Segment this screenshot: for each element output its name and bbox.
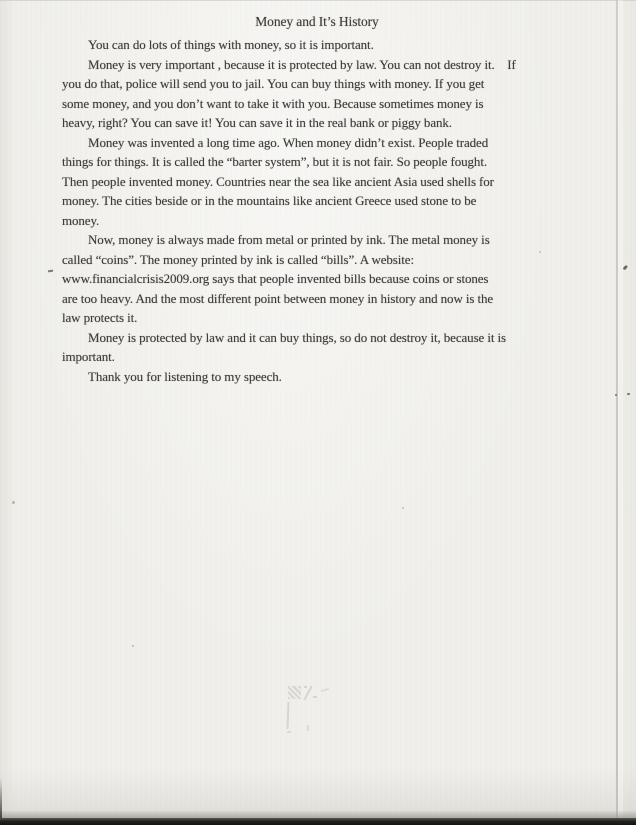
document-body: You can do lots of things with money, so… xyxy=(62,35,542,386)
text-line: Then people invented money. Countries ne… xyxy=(62,172,542,192)
text-line: some money, and you don’t want to take i… xyxy=(62,94,542,114)
ink-speck xyxy=(48,270,53,272)
text-line: Money is protected by law and it can buy… xyxy=(62,328,542,348)
ink-speck xyxy=(623,265,628,270)
ink-speck xyxy=(615,394,617,396)
text-line: heavy, right? You can save it! You can s… xyxy=(62,113,542,133)
text-line: Thank you for listening to my speech. xyxy=(62,367,542,387)
ink-speck xyxy=(627,393,630,395)
text-line: You can do lots of things with money, so… xyxy=(62,35,542,55)
scanned-page: Money and It’s History You can do lots o… xyxy=(0,0,636,825)
text-line: things for things. It is called the “bar… xyxy=(62,152,542,172)
pencil-smudge-mark xyxy=(321,688,329,692)
text-line: Money was invented a long time ago. When… xyxy=(62,133,542,153)
text-line: you do that, police will send you to jai… xyxy=(62,74,542,94)
ink-speck xyxy=(12,501,15,504)
pencil-smudge-mark xyxy=(288,686,301,699)
pencil-smudge-mark xyxy=(287,702,290,729)
pencil-smudge xyxy=(283,683,333,735)
scan-bottom-edge xyxy=(0,818,636,825)
pencil-smudge-mark xyxy=(307,725,309,731)
scan-left-edge xyxy=(0,778,2,820)
text-line: called “coins”. The money printed by ink… xyxy=(62,250,542,270)
text-line: law protects it. xyxy=(62,308,542,328)
text-line: are too heavy. And the most different po… xyxy=(62,289,542,309)
pencil-smudge-mark xyxy=(313,696,317,698)
ink-speck xyxy=(132,645,134,647)
text-line: Now, money is always made from metal or … xyxy=(62,230,542,250)
text-line: important. xyxy=(62,347,542,367)
ink-speck xyxy=(539,251,541,253)
document-text-block: Money and It’s History You can do lots o… xyxy=(62,8,542,386)
text-line: money. The cities beside or in the mount… xyxy=(62,191,542,211)
paper-crease-highlight xyxy=(618,0,623,825)
pencil-smudge-mark xyxy=(287,731,291,733)
ink-speck xyxy=(402,507,404,509)
text-line: www.financialcrisis2009.org says that pe… xyxy=(62,269,542,289)
document-title: Money and It’s History xyxy=(77,8,557,35)
scan-top-edge xyxy=(0,0,636,1)
text-line: money. xyxy=(62,211,542,231)
text-line: Money is very important , because it is … xyxy=(62,55,542,75)
pencil-smudge-mark xyxy=(304,686,307,688)
